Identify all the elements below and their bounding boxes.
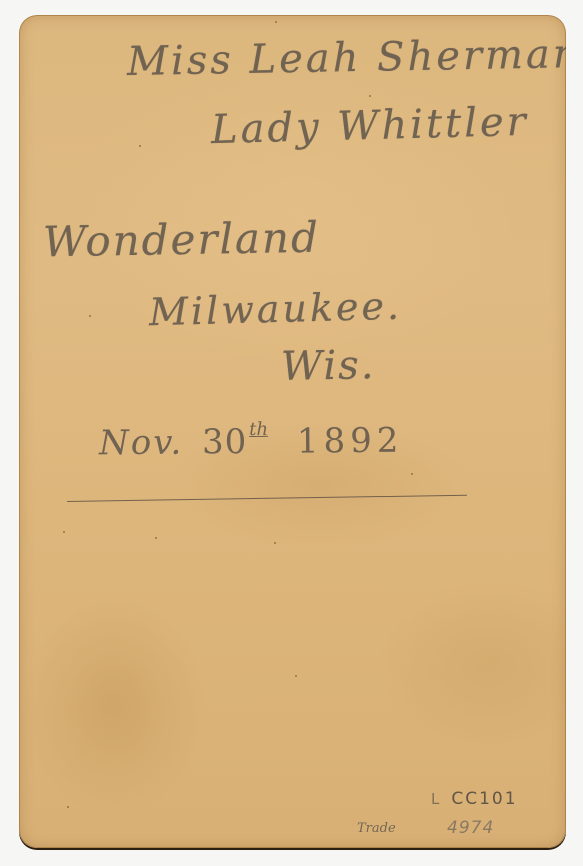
date-year: 1892 xyxy=(297,421,404,462)
handwritten-state: Wis. xyxy=(281,342,376,390)
paper-speck xyxy=(139,145,141,147)
photo-stage: Miss Leah Sherman Lady Whittler Wonderla… xyxy=(0,0,583,866)
paper-speck xyxy=(411,473,413,475)
paper-speck xyxy=(295,675,297,677)
catalog-number-text: CC101 xyxy=(451,789,517,809)
catalog-bracket: L xyxy=(431,790,441,808)
paper-speck xyxy=(274,542,276,544)
pencil-rule-line xyxy=(67,495,467,502)
date-suffix: th xyxy=(249,419,268,440)
date-month: Nov. xyxy=(99,423,184,464)
handwritten-name: Miss Leah Sherman xyxy=(127,31,566,85)
paper-speck xyxy=(67,806,69,808)
paper-speck xyxy=(155,537,157,539)
handwritten-date: Nov. 30th 1892 xyxy=(99,418,404,464)
catalog-number: LCC101 xyxy=(431,789,518,809)
paper-speck xyxy=(63,531,65,533)
paper-speck xyxy=(89,315,91,317)
date-day: 30 xyxy=(202,422,248,462)
handwritten-venue: Wonderland xyxy=(43,213,321,267)
handwritten-city: Milwaukee. xyxy=(148,284,402,335)
handwritten-title: Lady Whittler xyxy=(210,99,529,153)
trade-label: Trade xyxy=(357,821,396,836)
trade-number: 4974 xyxy=(447,818,494,838)
paper-speck xyxy=(369,95,371,97)
paper-speck xyxy=(275,21,277,23)
cabinet-card-back: Miss Leah Sherman Lady Whittler Wonderla… xyxy=(19,15,566,848)
